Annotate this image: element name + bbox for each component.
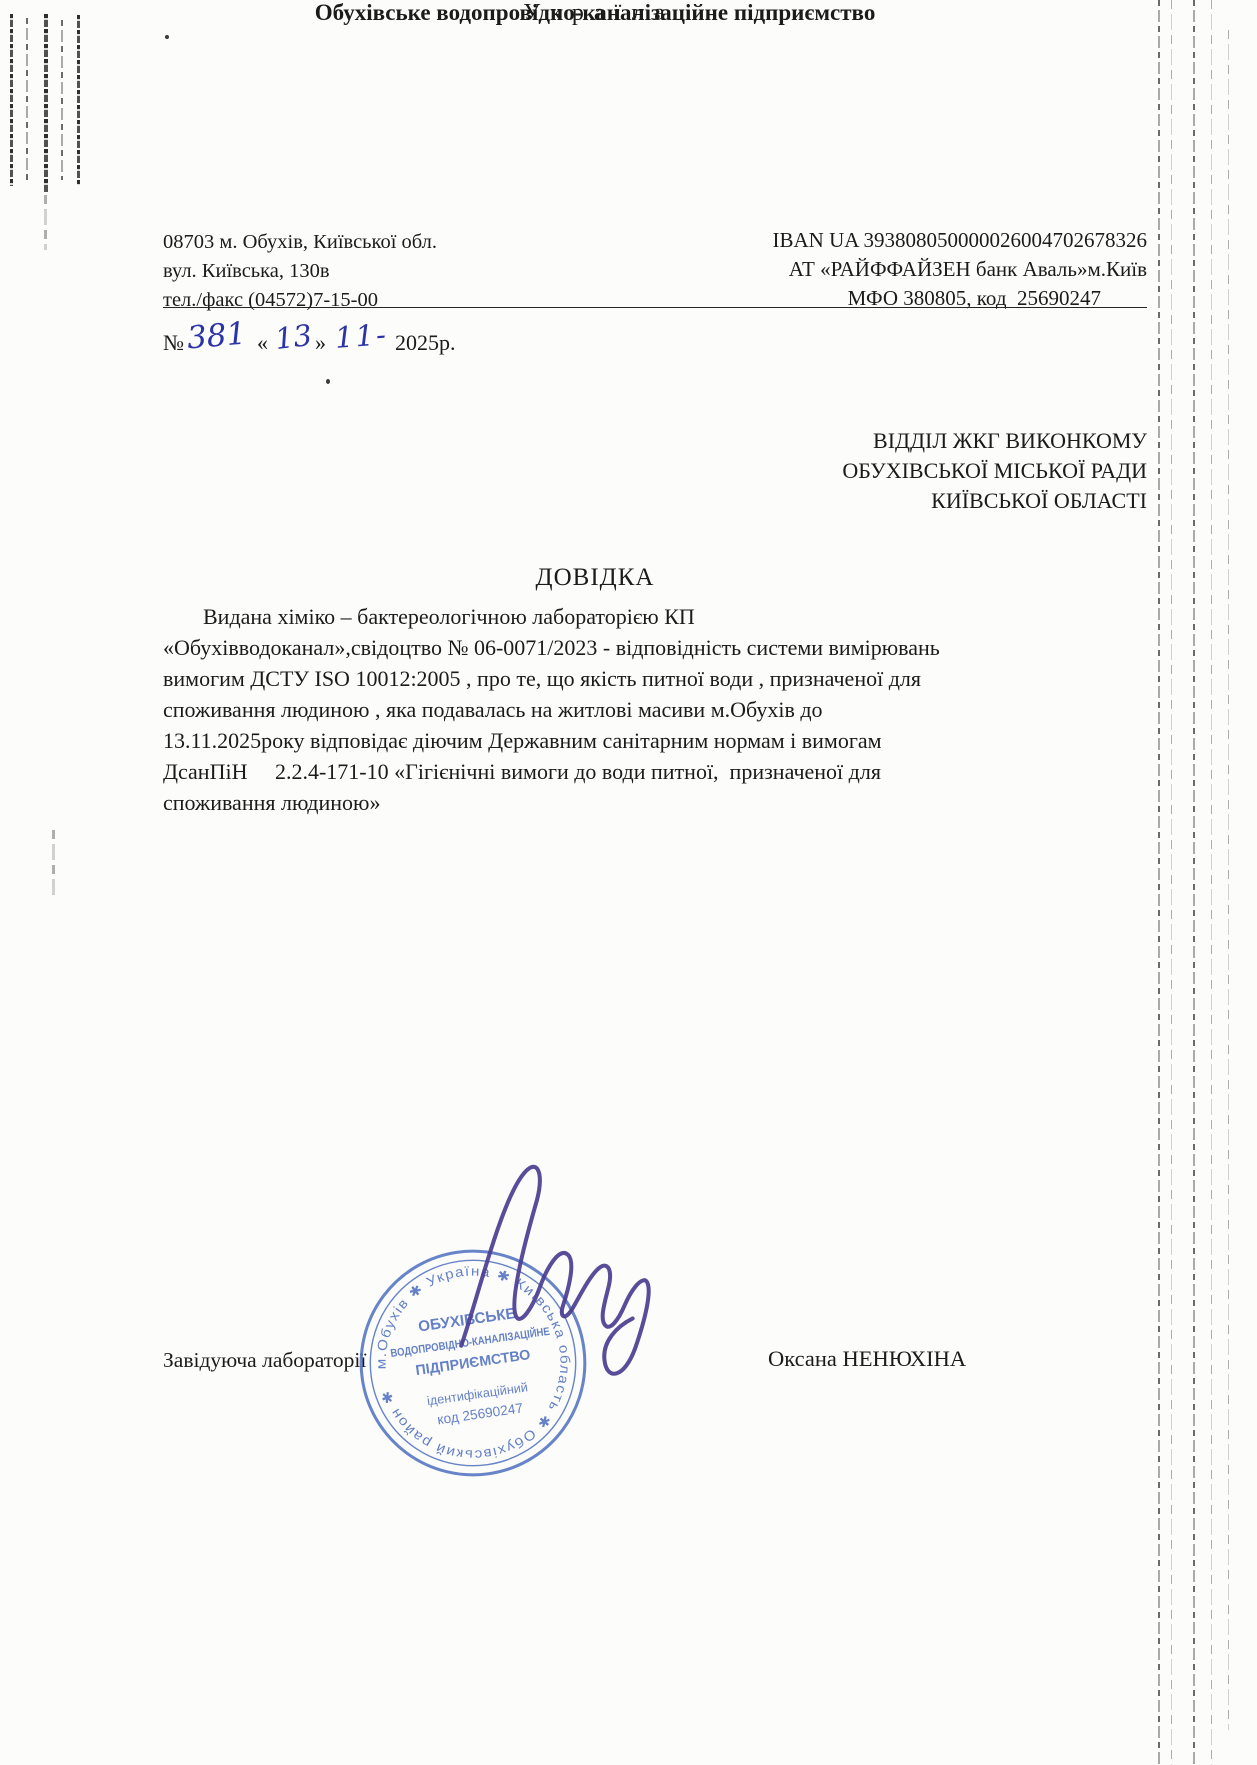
handwritten-day: 13 <box>273 318 314 356</box>
recipient-line: ВІДДІЛ ЖКГ ВИКОНКОМУ <box>842 426 1147 456</box>
address-line: вул. Київська, 130в <box>163 257 437 286</box>
bank-name-line: АТ «РАЙФФАЙЗЕН банк Аваль»м.Київ <box>772 255 1147 284</box>
scan-artifact-line <box>1228 30 1229 1730</box>
signatory-role-label: Завідуюча лабораторії <box>163 1348 366 1373</box>
handwritten-signature <box>447 1148 659 1380</box>
year-label: 2025р. <box>395 330 456 356</box>
phone-fax-line: тел./факс (04572)7-15-00 <box>163 286 437 315</box>
mfo-code-line: МФО 380805, код 25690247 <box>772 284 1147 313</box>
body-line: ДсанПіН 2.2.4-171-10 «Гігієнічні вимоги … <box>163 756 940 787</box>
scan-artifact-speck <box>326 379 330 384</box>
close-quote: » <box>315 330 326 356</box>
scan-artifact-line <box>1158 0 1160 1765</box>
body-line: «Обухівводоканал»,свідоцтво № 06-0071/20… <box>163 632 940 663</box>
recipient-line: КИЇВСЬКОЇ ОБЛАСТІ <box>842 486 1147 516</box>
scan-artifact-streak <box>26 18 28 183</box>
body-line: споживання людиною , яка подавалась на ж… <box>163 694 940 725</box>
open-quote: « <box>257 330 268 356</box>
scan-artifact-streak <box>52 830 55 900</box>
handwritten-month: 11- <box>334 317 389 355</box>
scan-artifact-streak <box>10 14 13 186</box>
scan-artifact-streak <box>77 15 80 185</box>
scan-artifact-speck <box>165 35 169 39</box>
scan-artifact-streak <box>44 195 47 250</box>
bank-details-block: IBAN UA 393808050000026004702678326 АТ «… <box>772 226 1147 313</box>
scan-artifact-line <box>1211 0 1212 1765</box>
signatory-name: Оксана НЕНЮХІНА <box>768 1346 966 1372</box>
document-body: Видана хіміко – бактереологічною лаборат… <box>163 601 940 818</box>
scan-artifact-streak <box>44 14 48 192</box>
body-line: 13.11.2025року відповідає діючим Державн… <box>163 725 940 756</box>
recipient-block: ВІДДІЛ ЖКГ ВИКОНКОМУ ОБУХІВСЬКОЇ МІСЬКОЇ… <box>842 426 1147 516</box>
body-line: споживання людиною» <box>163 787 940 818</box>
handwritten-doc-number: 381 <box>186 315 248 356</box>
scanned-document-page: У к р а ї н а Обухівське водопровідно-ка… <box>0 0 1257 1765</box>
body-line: Видана хіміко – бактереологічною лаборат… <box>163 601 940 632</box>
recipient-line: ОБУХІВСЬКОЇ МІСЬКОЇ РАДИ <box>842 456 1147 486</box>
scan-artifact-streak <box>61 20 63 180</box>
iban-line: IBAN UA 393808050000026004702678326 <box>772 226 1147 255</box>
scan-artifact-line <box>1171 0 1172 1765</box>
body-line: вимогим ДСТУ ISO 10012:2005 , про те, що… <box>163 663 940 694</box>
header-divider-rule <box>163 307 1147 308</box>
scan-artifact-line <box>1193 0 1195 1765</box>
company-address-block: 08703 м. Обухів, Київської обл. вул. Киї… <box>163 228 437 315</box>
address-line: 08703 м. Обухів, Київської обл. <box>163 228 437 257</box>
number-sign: № <box>163 330 184 356</box>
company-name-heading: Обухівське водопровідно-каналізаційне пі… <box>0 0 1190 26</box>
document-title: ДОВІДКА <box>0 564 1190 592</box>
